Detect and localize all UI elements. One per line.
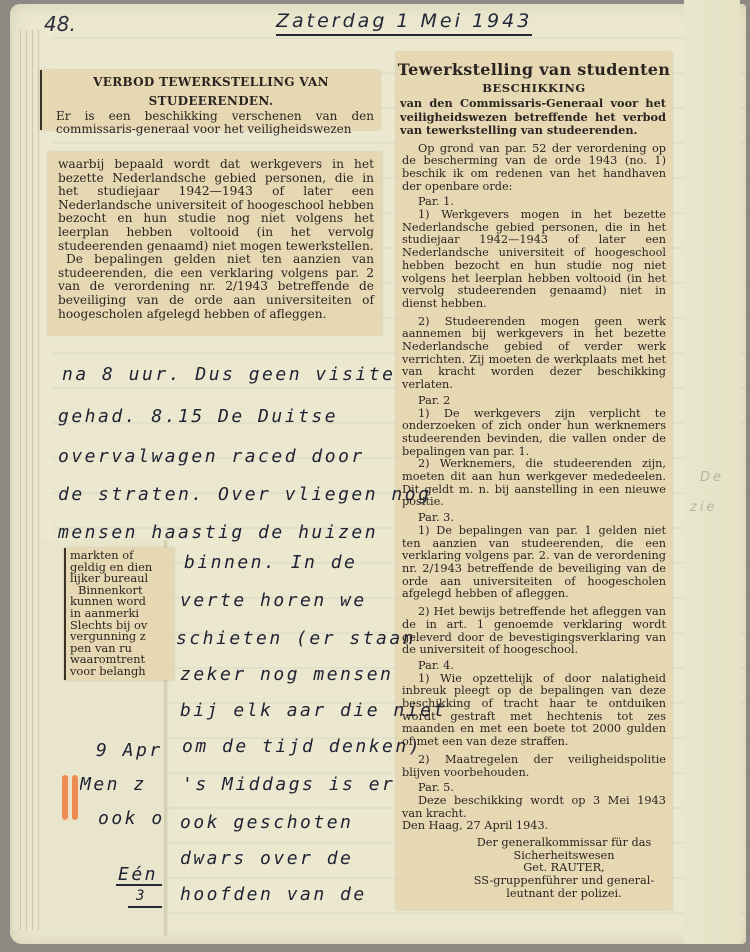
decree-intro: Op grond van par. 52 der verordening op … bbox=[396, 143, 672, 194]
par-label: Par. 4. bbox=[396, 660, 672, 673]
clipping-paragraph: waarbij bepaald wordt dat werkgevers in … bbox=[48, 158, 382, 253]
decree-clause: 2) Maatregelen der veiligheidspolitie bl… bbox=[396, 754, 672, 779]
signature-line: Der generalkommissar für das bbox=[396, 837, 672, 850]
handwritten-line: binnen. In de bbox=[184, 552, 357, 573]
decree-place-date: Den Haag, 27 April 1943. bbox=[396, 820, 672, 833]
page-number: 48. bbox=[44, 12, 76, 36]
decree-clause: 2) Studeerenden mogen geen werk aannemen… bbox=[396, 316, 672, 392]
handwritten-fold-line: Men z bbox=[80, 774, 162, 795]
handwritten-line: ook geschoten bbox=[180, 812, 353, 833]
handwritten-line: om de tijd denken) bbox=[182, 736, 422, 757]
signature-line: leutnant der polizei. bbox=[396, 888, 672, 901]
decree-clause: 2) Het bewijs betreffende het afleggen v… bbox=[396, 606, 672, 657]
decree-subheading: BESCHIKKING bbox=[396, 81, 672, 95]
handwritten-fold-line: ook o bbox=[98, 808, 162, 829]
clipping-paragraph: De bepalingen gelden niet ten aanzien va… bbox=[48, 253, 382, 321]
handwritten-fold-line: Eén bbox=[118, 864, 158, 885]
bleed-through-text: zie bbox=[690, 500, 717, 515]
newspaper-clipping-decree: Tewerkstelling van studenten BESCHIKKING… bbox=[396, 52, 672, 910]
clipping-title: STUDEERENDEN. bbox=[42, 94, 380, 108]
small-newspaper-clipping: markten of geldig en dien lijker bureaul… bbox=[64, 548, 174, 680]
decree-lead: van den Commissaris-Generaal voor het ve… bbox=[396, 95, 672, 138]
date-heading: Zaterdag 1 Mei 1943 bbox=[276, 10, 532, 36]
decree-headline: Tewerkstelling van studenten bbox=[396, 60, 672, 79]
decree-clause: 1) Werkgevers mogen in het bezette Neder… bbox=[396, 209, 672, 311]
newspaper-clipping-body: waarbij bepaald wordt dat werkgevers in … bbox=[48, 152, 382, 335]
orange-margin-mark bbox=[72, 775, 78, 820]
handwritten-line: dwars over de bbox=[180, 848, 353, 869]
clipping-line: voor belangh bbox=[70, 666, 174, 678]
handwritten-line: schieten (er staan bbox=[176, 628, 416, 649]
handwritten-line: na 8 uur. Dus geen visite bbox=[62, 364, 395, 385]
bleed-through-text: De bbox=[700, 470, 724, 485]
handwritten-line: bij elk aar die niet bbox=[180, 700, 447, 721]
handwritten-line: verte horen we bbox=[180, 590, 367, 611]
handwritten-line: overvalwagen raced door bbox=[58, 446, 365, 467]
par-label: Par. 3. bbox=[396, 512, 672, 525]
signature-line: SS-gruppenführer und general- bbox=[396, 875, 672, 888]
handwritten-line: zeker nog mensen bbox=[180, 664, 393, 685]
handwritten-line: hoofden van de bbox=[180, 884, 367, 905]
orange-margin-mark bbox=[62, 775, 68, 820]
clipping-body: Er is een beschikking verschenen van den… bbox=[42, 108, 380, 136]
decree-clause: 1) De werkgevers zijn verplicht te onder… bbox=[396, 408, 672, 459]
par-label: Par. 2 bbox=[396, 395, 672, 408]
handwritten-fold-line: 9 Apri bbox=[96, 740, 162, 761]
handwritten-line: de straten. Over vliegen nog bbox=[58, 484, 431, 505]
newspaper-clipping-headline: VERBOD TEWERKSTELLING VAN STUDEERENDEN. … bbox=[40, 70, 380, 130]
handwritten-fold-line: 3 bbox=[136, 888, 147, 904]
decree-clause: 1) De bepalingen van par. 1 gelden niet … bbox=[396, 525, 672, 601]
decree-clause: 2) Werknemers, die studeerenden zijn, mo… bbox=[396, 458, 672, 509]
handwritten-line: gehad. 8.15 De Duitse bbox=[58, 406, 338, 427]
clipping-title: VERBOD TEWERKSTELLING VAN bbox=[42, 75, 380, 89]
underline bbox=[128, 906, 162, 908]
underline bbox=[116, 884, 162, 886]
decree-clause: Deze beschikking wordt op 3 Mei 1943 van… bbox=[396, 795, 672, 820]
handwritten-line: 's Middags is er bbox=[182, 774, 395, 795]
